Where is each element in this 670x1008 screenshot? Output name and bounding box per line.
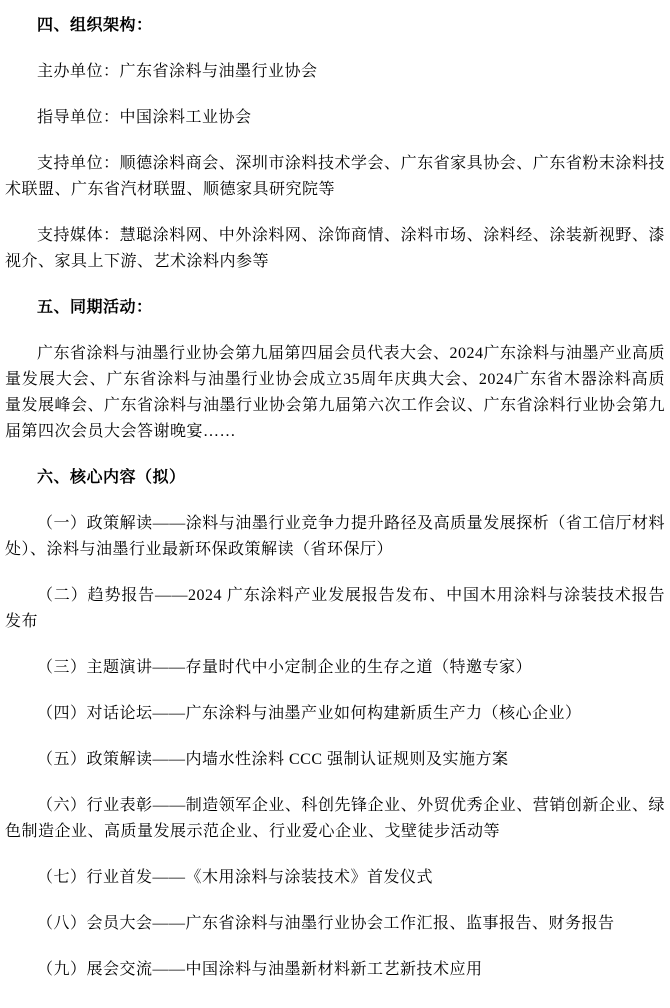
- paragraph-host-unit: 主办单位：广东省涂料与油墨行业协会: [5, 59, 665, 85]
- paragraph-supporting-units: 支持单位：顺德涂料商会、深圳市涂料技术学会、广东省家具协会、广东省粉末涂料技术联…: [5, 151, 665, 203]
- heading-concurrent-events: 五、同期活动：: [5, 295, 665, 321]
- paragraph-supporting-media: 支持媒体：慧聪涂料网、中外涂料网、涂饰商情、涂料市场、涂料经、涂装新视野、漆视介…: [5, 223, 665, 275]
- document-page: 四、组织架构： 主办单位：广东省涂料与油墨行业协会 指导单位：中国涂料工业协会 …: [0, 0, 670, 1008]
- paragraph-item-9-exhibition-exchange: （九）展会交流——中国涂料与油墨新材料新工艺新技术应用: [5, 957, 665, 983]
- paragraph-item-3-keynote-speech: （三）主题演讲——存量时代中小定制企业的生存之道（特邀专家）: [5, 655, 665, 681]
- paragraph-guiding-unit: 指导单位：中国涂料工业协会: [5, 105, 665, 131]
- paragraph-item-1-policy-interpretation: （一）政策解读——涂料与油墨行业竞争力提升路径及高质量发展探析（省工信厅材料处）…: [5, 511, 665, 563]
- heading-organization-structure: 四、组织架构：: [5, 13, 665, 39]
- paragraph-concurrent-events-list: 广东省涂料与油墨行业协会第九届第四届会员代表大会、2024广东涂料与油墨产业高质…: [5, 341, 665, 445]
- paragraph-item-6-industry-awards: （六）行业表彰——制造领军企业、科创先锋企业、外贸优秀企业、营销创新企业、绿色制…: [5, 793, 665, 845]
- paragraph-item-2-trend-report: （二）趋势报告——2024 广东涂料产业发展报告发布、中国木用涂料与涂装技术报告…: [5, 583, 665, 635]
- paragraph-item-7-book-launch: （七）行业首发——《木用涂料与涂装技术》首发仪式: [5, 865, 665, 891]
- paragraph-item-4-dialogue-forum: （四）对话论坛——广东涂料与油墨产业如何构建新质生产力（核心企业）: [5, 701, 665, 727]
- heading-core-content: 六、核心内容（拟）: [5, 465, 665, 491]
- paragraph-item-8-member-assembly: （八）会员大会——广东省涂料与油墨行业协会工作汇报、监事报告、财务报告: [5, 911, 665, 937]
- paragraph-item-5-ccc-certification: （五）政策解读——内墙水性涂料 CCC 强制认证规则及实施方案: [5, 747, 665, 773]
